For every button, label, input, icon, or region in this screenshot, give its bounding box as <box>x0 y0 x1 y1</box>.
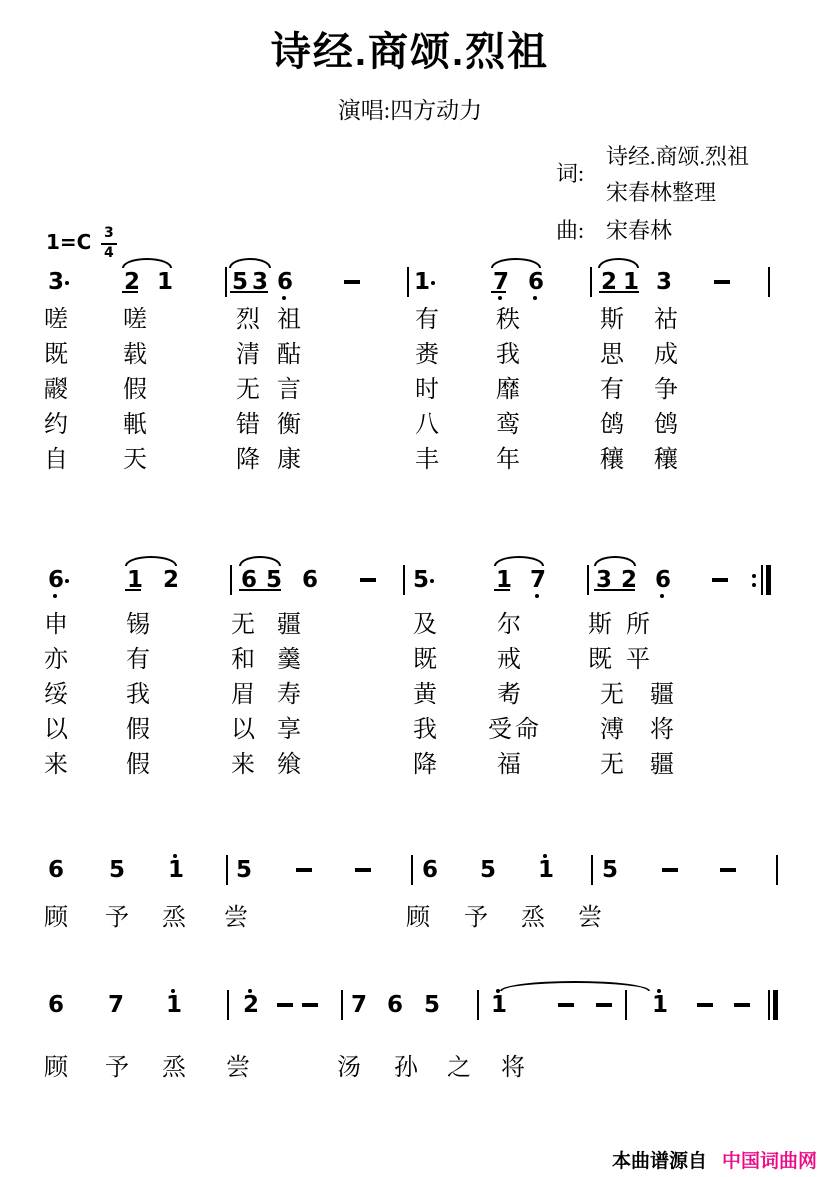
lyric-char: 降 <box>413 752 437 778</box>
note-digit: 3 <box>656 270 672 294</box>
duration-dot <box>431 281 435 285</box>
slur-arc <box>598 258 639 268</box>
lyric-char: 靡 <box>496 377 520 403</box>
octave-dot-low <box>282 296 286 300</box>
lyric-char: 予 <box>464 905 488 931</box>
notation-area: 321536176213嗟嗟烈祖有秩斯祜既载清酤赉我思成鬷假无言时靡有争约軝错衡… <box>0 0 820 1177</box>
lyric-char: 有 <box>126 647 150 673</box>
lyric-char: 予 <box>105 905 129 931</box>
lyric-char: 溥 <box>600 717 624 743</box>
eighth-beam <box>239 589 281 591</box>
note-digit: 5 <box>602 858 618 882</box>
note-digit: 6 <box>655 568 671 592</box>
lyric-char: 疆 <box>650 682 674 708</box>
lyric-char: 嗟 <box>123 307 147 333</box>
eighth-beam <box>230 291 268 293</box>
lyric-char: 时 <box>415 377 439 403</box>
lyric-char: 及 <box>413 612 437 638</box>
lyric-char: 疆 <box>650 752 674 778</box>
barline <box>403 565 405 595</box>
lyric-char: 戒 <box>497 647 521 673</box>
note-digit: 1 <box>166 993 182 1017</box>
lyric-char: 赉 <box>415 342 439 368</box>
lyric-char: 申 <box>44 612 68 638</box>
sheet-music-page: 诗经.商颂.烈祖 演唱:四方动力 词: 诗经.商颂.烈祖 宋春林整理 曲: 宋春… <box>0 0 820 1177</box>
note-digit: 7 <box>530 568 546 592</box>
lyric-char: 康 <box>277 447 301 473</box>
lyric-char: 衡 <box>277 412 301 438</box>
lyric-char: 将 <box>501 1055 525 1081</box>
dash-continuation <box>277 1003 293 1007</box>
lyric-char: 既 <box>588 647 612 673</box>
lyric-char: 丰 <box>415 447 439 473</box>
lyric-char: 既 <box>413 647 437 673</box>
dash-continuation <box>734 1003 750 1007</box>
dash-continuation <box>355 868 371 872</box>
lyric-char: 寿 <box>277 682 301 708</box>
slur-arc <box>494 556 544 566</box>
lyric-char: 鸧 <box>654 412 678 438</box>
duration-dot <box>430 579 434 583</box>
note-digit: 5 <box>236 858 252 882</box>
lyric-char: 斯 <box>600 307 624 333</box>
lyric-char: 亦 <box>44 647 68 673</box>
lyric-char: 来 <box>231 752 255 778</box>
note-digit: 1 <box>157 270 173 294</box>
lyric-char: 汤 <box>337 1055 361 1081</box>
eighth-beam <box>491 291 506 293</box>
dash-continuation <box>558 1003 574 1007</box>
barline <box>230 565 232 595</box>
lyric-char: 烝 <box>521 905 545 931</box>
lyric-char: 降 <box>236 447 260 473</box>
lyric-char: 孙 <box>394 1055 418 1081</box>
eighth-beam <box>494 589 510 591</box>
lyric-char: 无 <box>600 752 624 778</box>
barline <box>590 267 592 297</box>
dash-continuation <box>712 578 728 582</box>
octave-dot-high <box>171 989 175 993</box>
lyric-char: 耇 <box>497 682 521 708</box>
octave-dot-low <box>53 594 57 598</box>
note-digit: 3 <box>48 270 64 294</box>
note-digit: 6 <box>302 568 318 592</box>
note-digit: 2 <box>243 993 259 1017</box>
slur-arc <box>229 258 271 268</box>
slur-arc <box>239 556 281 566</box>
lyric-char: 和 <box>231 647 255 673</box>
barline <box>768 990 770 1020</box>
lyric-char: 约 <box>44 412 68 438</box>
lyric-char: 鸧 <box>600 412 624 438</box>
lyric-char: 思 <box>600 342 624 368</box>
lyric-char: 予 <box>105 1055 129 1081</box>
lyric-char: 祜 <box>654 307 678 333</box>
lyric-char: 争 <box>654 377 678 403</box>
octave-dot-low <box>533 296 537 300</box>
slur-arc <box>491 258 541 268</box>
barline <box>625 990 627 1020</box>
barline <box>407 267 409 297</box>
lyric-char: 清 <box>236 342 260 368</box>
lyric-char: 我 <box>126 682 150 708</box>
lyric-char: 烈 <box>236 307 260 333</box>
lyric-char: 疆 <box>277 612 301 638</box>
lyric-char: 秩 <box>496 307 520 333</box>
lyric-char: 成 <box>654 342 678 368</box>
lyric-char: 所 <box>626 612 650 638</box>
lyric-char: 八 <box>415 412 439 438</box>
octave-dot-high <box>657 989 661 993</box>
lyric-char: 无 <box>600 682 624 708</box>
lyric-char: 黄 <box>413 682 437 708</box>
lyric-char: 有 <box>415 307 439 333</box>
lyric-char: 尔 <box>497 612 521 638</box>
lyric-char: 顾 <box>44 1055 68 1081</box>
lyric-char: 斯 <box>588 612 612 638</box>
source-attribution-text: 本曲谱源自 <box>612 1146 707 1173</box>
lyric-char: 羹 <box>277 647 301 673</box>
duration-dot <box>65 281 69 285</box>
note-digit: 6 <box>48 568 64 592</box>
lyric-char: 命 <box>515 717 539 743</box>
note-digit: 7 <box>351 993 367 1017</box>
barline-thick <box>766 565 771 595</box>
repeat-dot <box>752 583 756 587</box>
lyric-char: 以 <box>44 717 68 743</box>
barline <box>411 855 413 885</box>
barline <box>477 990 479 1020</box>
lyric-char: 眉 <box>231 682 255 708</box>
barline <box>591 855 593 885</box>
lyric-char: 既 <box>44 342 68 368</box>
lyric-char: 平 <box>626 647 650 673</box>
lyric-char: 尝 <box>226 1055 250 1081</box>
lyric-char: 有 <box>600 377 624 403</box>
note-digit: 1 <box>168 858 184 882</box>
lyric-char: 将 <box>650 717 674 743</box>
slur-arc <box>125 556 177 566</box>
dash-continuation <box>714 280 730 284</box>
dash-continuation <box>662 868 678 872</box>
lyric-char: 飨 <box>277 752 301 778</box>
slur-arc <box>122 258 172 268</box>
lyric-char: 烝 <box>162 1055 186 1081</box>
note-digit: 6 <box>48 858 64 882</box>
lyric-char: 嗟 <box>44 307 68 333</box>
note-digit: 6 <box>387 993 403 1017</box>
repeat-dot <box>752 574 756 578</box>
octave-dot-low <box>660 594 664 598</box>
octave-dot-low <box>498 296 502 300</box>
lyric-char: 以 <box>231 717 255 743</box>
barline <box>225 267 227 297</box>
lyric-char: 顾 <box>406 905 430 931</box>
lyric-char: 言 <box>277 377 301 403</box>
note-digit: 6 <box>277 270 293 294</box>
lyric-char: 假 <box>126 717 150 743</box>
lyric-char: 天 <box>123 447 147 473</box>
eighth-beam <box>594 589 635 591</box>
eighth-beam <box>599 291 639 293</box>
lyric-char: 酤 <box>277 342 301 368</box>
octave-dot-high <box>248 989 252 993</box>
note-digit: 1 <box>652 993 668 1017</box>
note-digit: 5 <box>109 858 125 882</box>
note-digit: 5 <box>413 568 429 592</box>
lyric-char: 自 <box>44 447 68 473</box>
lyric-char: 锡 <box>126 612 150 638</box>
source-site-name: 中国词曲网 <box>722 1146 817 1173</box>
lyric-char: 尝 <box>578 905 602 931</box>
eighth-beam <box>122 291 138 293</box>
lyric-char: 假 <box>123 377 147 403</box>
duration-dot <box>65 579 69 583</box>
lyric-char: 鸾 <box>496 412 520 438</box>
dash-continuation <box>596 1003 612 1007</box>
note-digit: 1 <box>491 993 507 1017</box>
note-digit: 6 <box>528 270 544 294</box>
lyric-char: 假 <box>126 752 150 778</box>
lyric-char: 烝 <box>162 905 186 931</box>
octave-dot-high <box>543 854 547 858</box>
barline <box>226 855 228 885</box>
barline <box>587 565 589 595</box>
lyric-char: 穰 <box>600 447 624 473</box>
lyric-char: 軝 <box>123 412 147 438</box>
barline <box>768 267 770 297</box>
barline <box>227 990 229 1020</box>
lyric-char: 受 <box>488 717 512 743</box>
note-digit: 1 <box>414 270 430 294</box>
lyric-char: 无 <box>231 612 255 638</box>
lyric-char: 我 <box>496 342 520 368</box>
dash-continuation <box>296 868 312 872</box>
dash-continuation <box>360 578 376 582</box>
slur-arc <box>594 556 636 566</box>
note-digit: 1 <box>538 858 554 882</box>
note-digit: 7 <box>108 993 124 1017</box>
barline-thick <box>773 990 778 1020</box>
dash-continuation <box>344 280 360 284</box>
barline <box>776 855 778 885</box>
lyric-char: 尝 <box>224 905 248 931</box>
note-digit: 6 <box>48 993 64 1017</box>
lyric-char: 无 <box>236 377 260 403</box>
lyric-char: 祖 <box>277 307 301 333</box>
lyric-char: 我 <box>413 717 437 743</box>
lyric-char: 穰 <box>654 447 678 473</box>
octave-dot-low <box>535 594 539 598</box>
barline <box>341 990 343 1020</box>
lyric-char: 鬷 <box>44 377 68 403</box>
lyric-char: 之 <box>447 1055 471 1081</box>
lyric-char: 年 <box>496 447 520 473</box>
lyric-char: 载 <box>123 342 147 368</box>
octave-dot-high <box>173 854 177 858</box>
lyric-char: 绥 <box>44 682 68 708</box>
lyric-char: 错 <box>236 412 260 438</box>
note-digit: 5 <box>424 993 440 1017</box>
lyric-char: 来 <box>44 752 68 778</box>
lyric-char: 享 <box>277 717 301 743</box>
dash-continuation <box>697 1003 713 1007</box>
note-digit: 6 <box>422 858 438 882</box>
note-digit: 5 <box>480 858 496 882</box>
eighth-beam <box>125 589 141 591</box>
dash-continuation <box>302 1003 318 1007</box>
lyric-char: 顾 <box>44 905 68 931</box>
note-digit: 2 <box>163 568 179 592</box>
dash-continuation <box>720 868 736 872</box>
slur-arc <box>500 981 650 991</box>
lyric-char: 福 <box>497 752 521 778</box>
barline <box>761 565 763 595</box>
